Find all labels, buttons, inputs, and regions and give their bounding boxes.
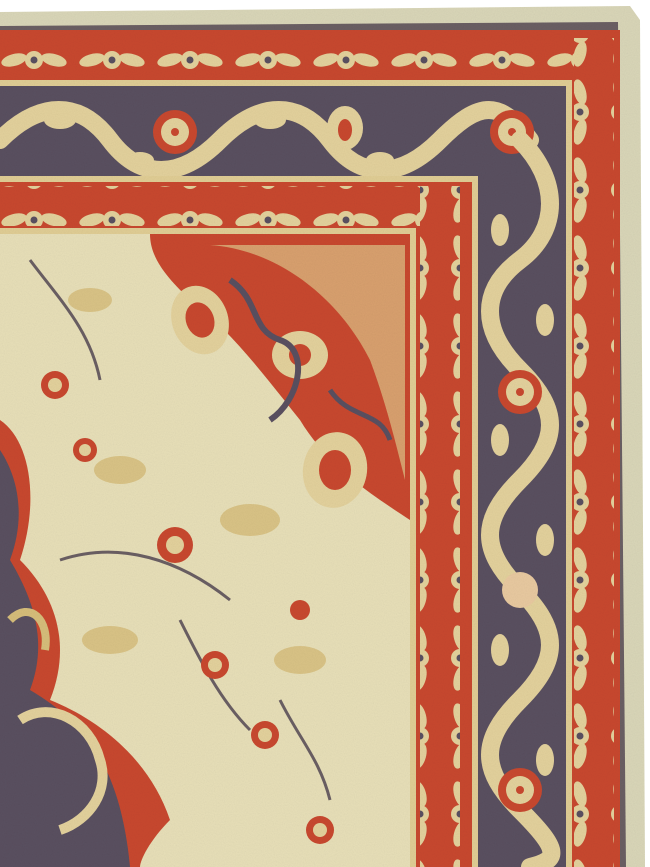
rug-photo [0,0,650,867]
